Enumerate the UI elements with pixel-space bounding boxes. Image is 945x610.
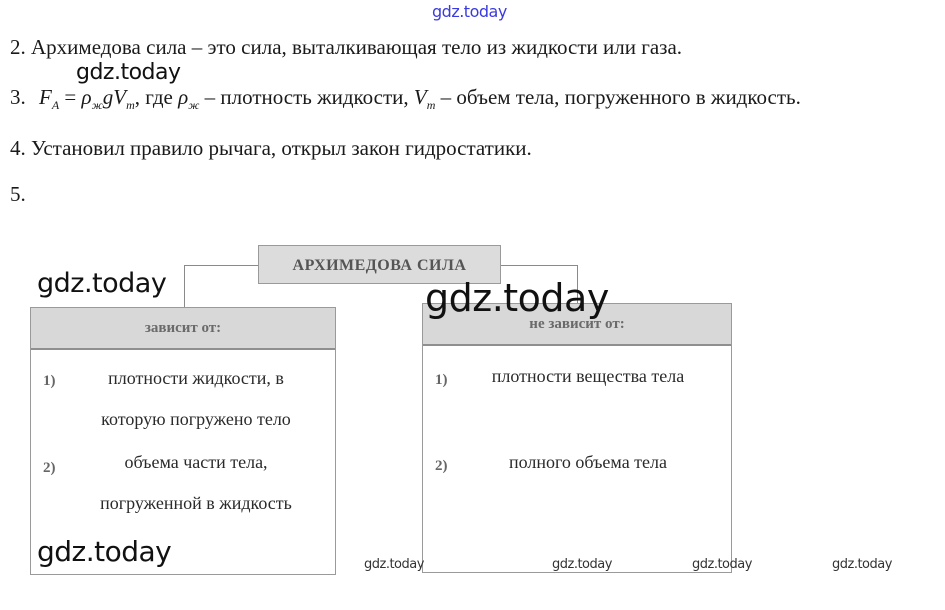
watermark-bottom-3: gdz.today [692, 557, 752, 572]
answer-3-number: 3. [10, 85, 26, 109]
answer-5: 5. [10, 182, 26, 207]
answer-4: 4. Установил правило рычага, открыл зако… [10, 136, 532, 161]
not-depends-item-2: полного объема тела [463, 452, 713, 473]
watermark-center: gdz.today [425, 276, 609, 320]
depends-item-1-line1: плотности жидкости, в [71, 368, 321, 389]
volume-description: – объем тела, погруженного в жидкость. [435, 85, 800, 109]
depends-item-1-number: 1) [43, 373, 56, 390]
rho-description: – плотность жидкости, [199, 85, 414, 109]
depends-item-1-line2: которую погружено тело [51, 409, 341, 430]
not-depends-item-2-number: 2) [435, 458, 448, 475]
depends-item-2-line1: объема части тела, [71, 452, 321, 473]
depends-item-2-line2: погруженной в жидкость [51, 493, 341, 514]
not-depends-box: не зависит от: 1) плотности вещества тел… [422, 303, 732, 573]
watermark-left-upper: gdz.today [37, 268, 166, 299]
depends-item-2-number: 2) [43, 460, 56, 477]
formula-rho: ρж [82, 85, 103, 109]
watermark-bottom-2: gdz.today [552, 557, 612, 572]
watermark-top: gdz.today [432, 2, 507, 21]
watermark-line3: gdz.today [76, 60, 181, 85]
watermark-bottom-1: gdz.today [364, 557, 424, 572]
not-depends-item-1-number: 1) [435, 372, 448, 389]
not-depends-item-1: плотности вещества тела [463, 366, 713, 387]
formula-force: FA [39, 85, 59, 109]
answer-2: 2. Архимедова сила – это сила, выталкива… [10, 35, 682, 60]
answer-3: 3. FA = ρжgVт, где ρж – плотность жидкос… [10, 85, 801, 113]
connector-left [184, 265, 259, 308]
watermark-left-lower: gdz.today [37, 535, 171, 568]
formula-volume: Vт [113, 85, 135, 109]
watermark-bottom-4: gdz.today [832, 557, 892, 572]
depends-header: зависит от: [31, 308, 335, 350]
